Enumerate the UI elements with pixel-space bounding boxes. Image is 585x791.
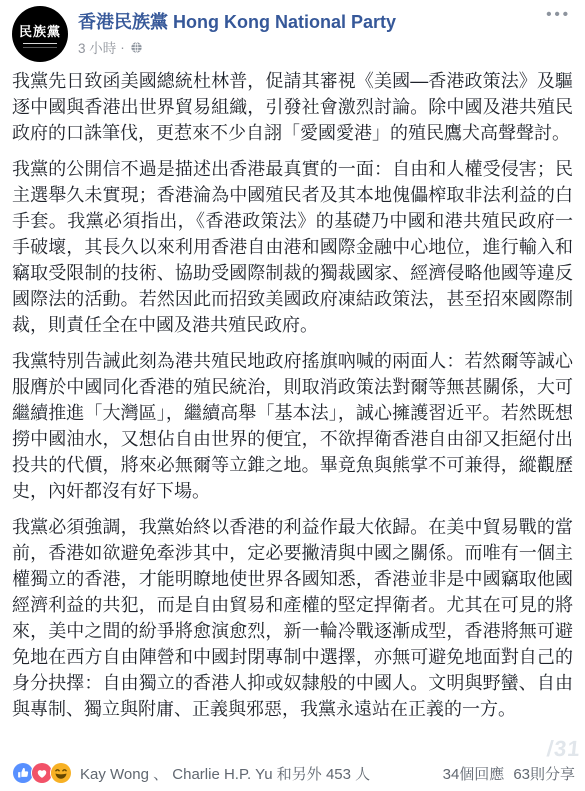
liked-by-summary[interactable]: Kay Wong 、 Charlie H.P. Yu 和另外 453 人 bbox=[80, 763, 370, 784]
post-footer: Kay Wong 、 Charlie H.P. Yu 和另外 453 人 34個… bbox=[12, 761, 575, 785]
post-paragraph: 我黨必須強調，我黨始終以香港的利益作最大依歸。在美中貿易戰的當前，香港如欲避免牽… bbox=[12, 514, 573, 722]
post-body: 我黨先日致函美國總統杜林普，促請其審視《美國—香港政策法》及驅逐中國與香港出世界… bbox=[0, 66, 585, 722]
post-meta: 3 小時 · bbox=[78, 37, 396, 57]
timestamp-link[interactable]: 3 小時 bbox=[78, 37, 116, 57]
post-paragraph: 我黨的公開信不過是描述出香港最真實的一面：自由和人權受侵害；民主選舉久未實現；香… bbox=[12, 156, 573, 338]
globe-privacy-icon bbox=[130, 41, 143, 54]
haha-reaction-icon[interactable] bbox=[50, 762, 72, 784]
post-options-icon[interactable]: ••• bbox=[544, 6, 573, 24]
meta-separator: · bbox=[120, 40, 125, 55]
header-info: 香港民族黨 Hong Kong National Party 3 小時 · bbox=[78, 6, 396, 57]
page-watermark: /31 bbox=[546, 736, 582, 762]
avatar-label: 民族黨 bbox=[19, 21, 61, 40]
shares-count[interactable]: 63則分享 bbox=[513, 763, 575, 784]
comments-count[interactable]: 34個回應 bbox=[443, 763, 505, 784]
post-header: 民族黨 香港民族黨 Hong Kong National Party 3 小時 … bbox=[0, 0, 585, 66]
reactions-group bbox=[12, 762, 72, 784]
page-avatar[interactable]: 民族黨 bbox=[12, 6, 68, 62]
post-paragraph: 我黨特別告誡此刻為港共殖民地政府搖旗吶喊的兩面人：若然爾等誠心服膺於中國同化香港… bbox=[12, 348, 573, 504]
avatar-motto-line bbox=[23, 43, 57, 48]
page-name-link[interactable]: 香港民族黨 Hong Kong National Party bbox=[78, 11, 396, 33]
post-paragraph: 我黨先日致函美國總統杜林普，促請其審視《美國—香港政策法》及驅逐中國與香港出世界… bbox=[12, 68, 573, 146]
facebook-post: 民族黨 香港民族黨 Hong Kong National Party 3 小時 … bbox=[0, 0, 585, 791]
post-stats: 34個回應 63則分享 bbox=[443, 763, 575, 784]
